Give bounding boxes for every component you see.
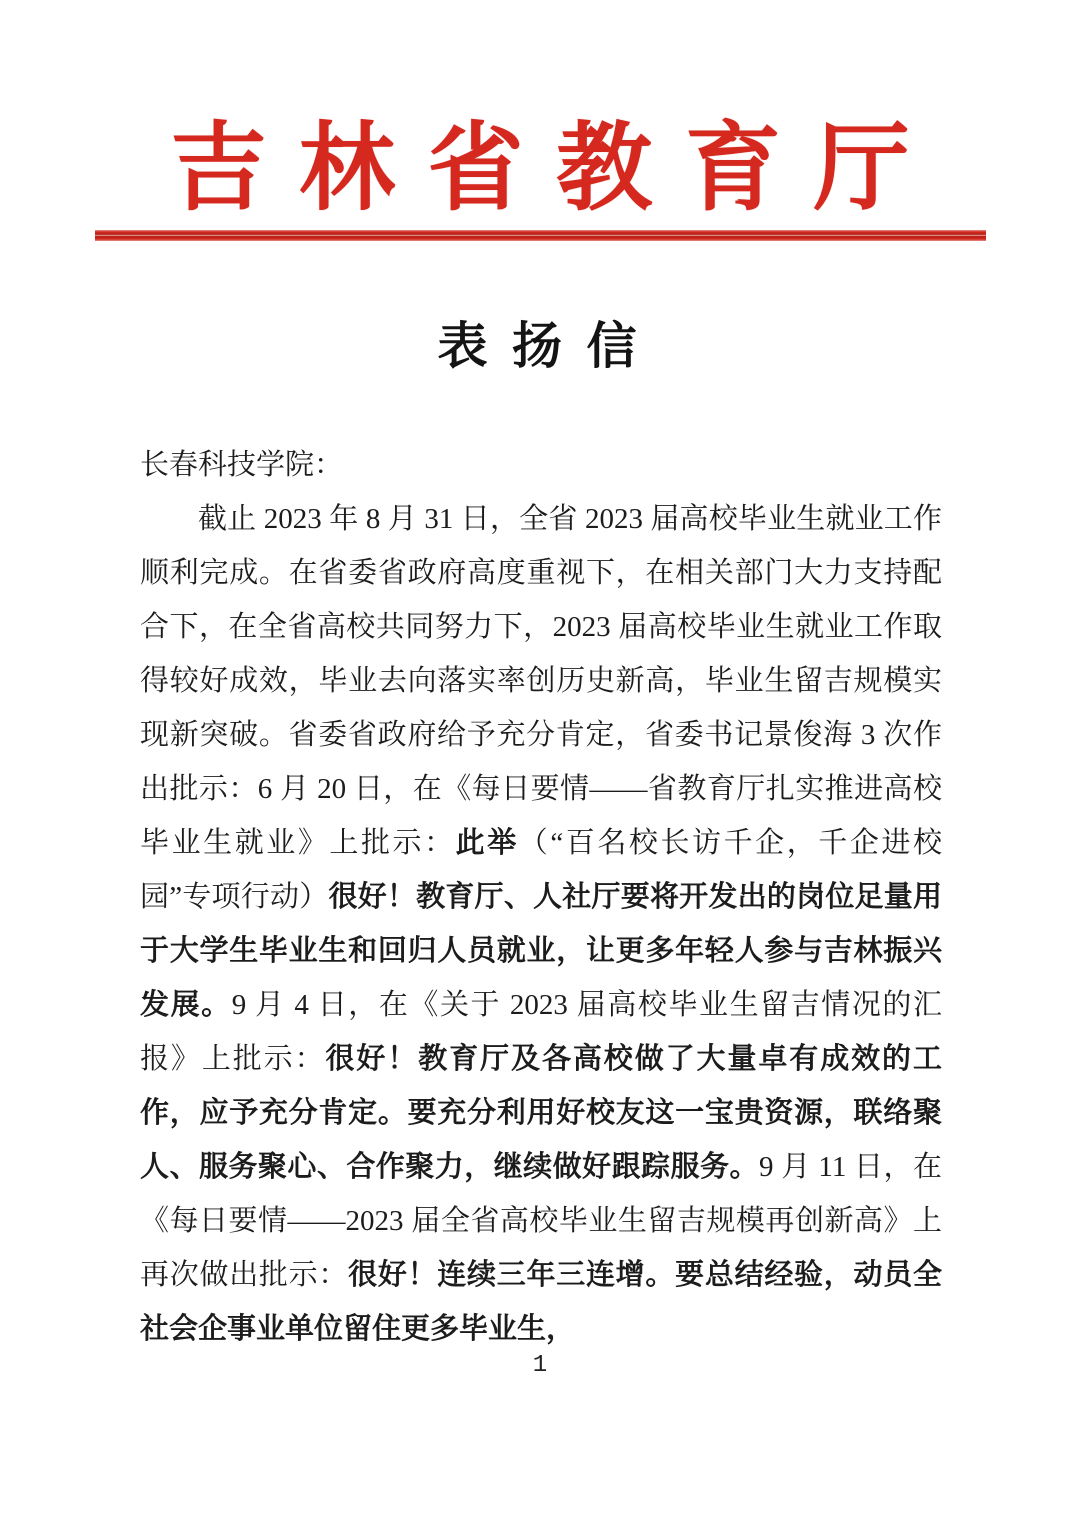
document-title: 表 扬 信 bbox=[0, 306, 1080, 378]
letter-page: 吉林省教育厅 表 扬 信 长春科技学院： 截止 2023 年 8 月 31 日，… bbox=[0, 0, 1080, 1514]
body-text-run: 截止 2023 年 8 月 31 日，全省 2023 届高校毕业生就业工作顺利完… bbox=[140, 503, 942, 859]
letter-paragraph: 截止 2023 年 8 月 31 日，全省 2023 届高校毕业生就业工作顺利完… bbox=[140, 492, 942, 1356]
letterhead-red-rule bbox=[95, 230, 986, 241]
directive-emphasis-text: 此举 bbox=[456, 827, 519, 859]
letterhead-agency-title: 吉林省教育厅 bbox=[0, 92, 1080, 229]
page-number: 1 bbox=[0, 1352, 1080, 1379]
letter-body: 长春科技学院： 截止 2023 年 8 月 31 日，全省 2023 届高校毕业… bbox=[140, 438, 942, 1356]
salutation-line: 长春科技学院： bbox=[140, 438, 942, 492]
